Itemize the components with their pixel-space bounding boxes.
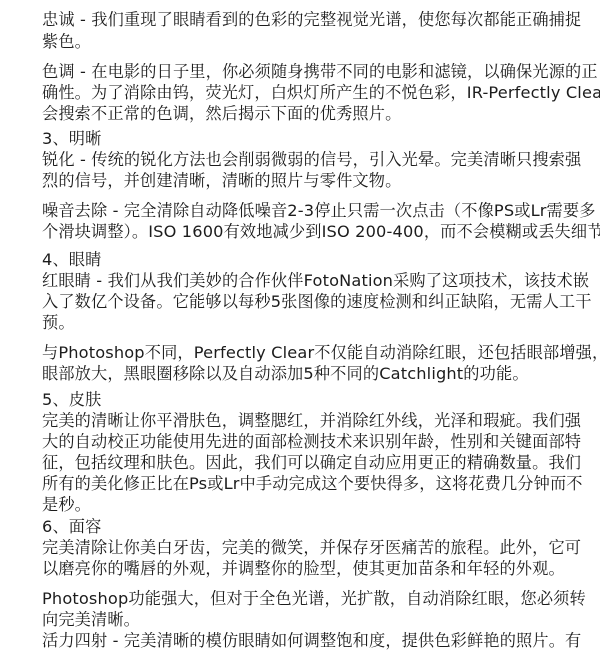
paragraph-noise-line: 噪音去除 - 完全清除自动降低噪音2-3停止只需一次点击（不像PS或Lr需要多 — [42, 200, 572, 221]
article-body: 忠诚 - 我们重现了眼睛看到的色彩的完整视觉光谱，使您每次都能正确捕捉 紫色。 … — [0, 0, 600, 650]
section-heading-sharpness: 3、明晰 — [42, 128, 572, 149]
paragraph-sharpness-line: 锐化 - 传统的锐化方法也会削弱微弱的信号，引入光晕。完美清晰只搜索强 — [42, 149, 572, 170]
paragraph-photoshop-line: Photoshop功能强大，但对于全色光谱，光扩散，自动消除红眼，您必须转 — [42, 588, 572, 609]
paragraph-tone-line: 色调 - 在电影的日子里，你必须随身携带不同的电影和滤镜，以确保光源的正 — [42, 61, 572, 82]
paragraph-face-line: 完美清除让你美白牙齿，完美的微笑，并保存牙医痛苦的旅程。此外，它可 — [42, 537, 572, 558]
paragraph-eyes-line: 入了数亿个设备。它能够以每秒5张图像的速度检测和纠正缺陷，无需人工干 — [42, 291, 572, 312]
paragraph-eyes-vs-ps-line: 与Photoshop不同，Perfectly Clear不仅能自动消除红眼，还包… — [42, 342, 572, 363]
paragraph-skin-line: 征，包括纹理和肤色。因此，我们可以确定自动应用更正的精确数量。我们 — [42, 452, 572, 473]
section-heading-eyes: 4、眼睛 — [42, 249, 572, 270]
paragraph-noise-line: 个滑块调整）。ISO 1600有效地减少到ISO 200-400，而不会模糊或丢… — [42, 221, 572, 242]
paragraph-vibrance-line: 活力四射 - 完美清晰的模仿眼睛如何调整饱和度，提供色彩鲜艳的照片。有 — [42, 630, 572, 650]
paragraph-fidelity-line: 紫色。 — [42, 31, 572, 52]
paragraph-skin-line: 是秒。 — [42, 494, 572, 515]
paragraph-tone-line: 会搜索不正常的色调，然后揭示下面的优秀照片。 — [42, 103, 572, 124]
paragraph-fidelity-line: 忠诚 - 我们重现了眼睛看到的色彩的完整视觉光谱，使您每次都能正确捕捉 — [42, 9, 572, 30]
paragraph-eyes-vs-ps-line: 眼部放大，黑眼圈移除以及自动添加5种不同的Catchlight的功能。 — [42, 363, 572, 384]
section-heading-face: 6、面容 — [42, 516, 572, 537]
paragraph-skin-line: 完美的清晰让你平滑肤色，调整腮红，并消除红外线，光泽和瑕疵。我们强 — [42, 410, 572, 431]
paragraph-skin-line: 大的自动校正功能使用先进的面部检测技术来识别年龄，性别和关键面部特 — [42, 431, 572, 452]
paragraph-photoshop-line: 向完美清晰。 — [42, 609, 572, 630]
paragraph-skin-line: 所有的美化修正比在Ps或Lr中手动完成这个要快得多，这将花费几分钟而不 — [42, 473, 572, 494]
paragraph-sharpness-line: 烈的信号，并创建清晰，清晰的照片与零件文物。 — [42, 170, 572, 191]
paragraph-face-line: 以磨亮你的嘴唇的外观，并调整你的脸型，使其更加苗条和年轻的外观。 — [42, 558, 572, 579]
section-heading-skin: 5、皮肤 — [42, 389, 572, 410]
paragraph-eyes-line: 预。 — [42, 312, 572, 333]
paragraph-eyes-line: 红眼睛 - 我们从我们美妙的合作伙伴FotoNation采购了这项技术，该技术嵌 — [42, 270, 572, 291]
paragraph-tone-line: 确性。为了消除由钨，荧光灯，白炽灯所产生的不悦色彩，IR-Perfectly C… — [42, 82, 572, 103]
